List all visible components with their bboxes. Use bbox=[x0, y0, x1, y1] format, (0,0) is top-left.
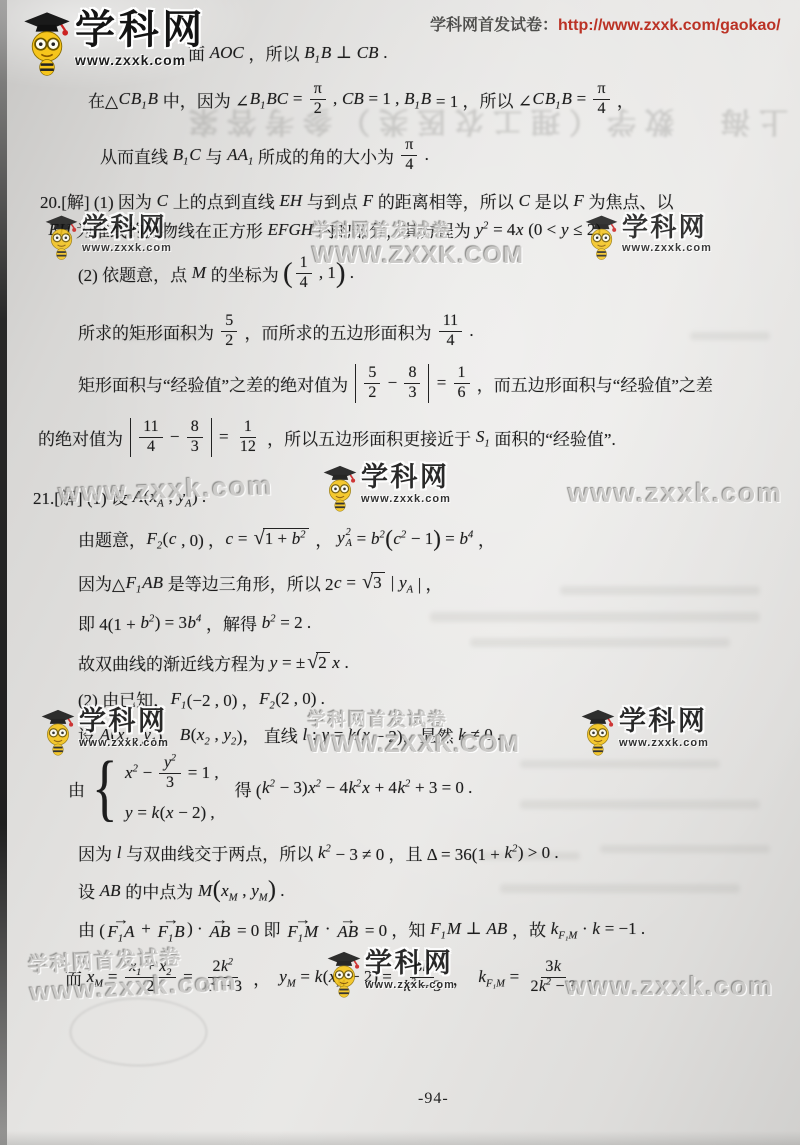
header-label: 学科网首发试卷： bbox=[430, 17, 558, 34]
zxxk-ghost-text-watermark: 学科网首发试卷WWW.ZXXK.COM bbox=[312, 221, 524, 269]
bleed-stripe bbox=[520, 800, 760, 809]
zxxk-ghost-text-watermark: www.zxxk.com bbox=[568, 478, 783, 509]
fraction: 14 bbox=[296, 254, 312, 293]
vector: →F1A bbox=[107, 916, 135, 941]
site-header: 学科网首发试卷：http://www.zxxk.com/gaokao/ bbox=[430, 12, 781, 35]
fraction: π2 bbox=[310, 80, 326, 119]
vector-arrow: → bbox=[283, 916, 323, 923]
solution-line-14: 故双曲线的渐近线方程为 y = ±√2x . bbox=[78, 650, 349, 675]
zxxk-brand-text: 学科网 bbox=[622, 214, 712, 240]
solution-line-8: 矩形面积与“经验值”之差的绝对值为 52 − 83 = 16 ，而五边形面积与“… bbox=[78, 364, 713, 403]
solution-line-20: 由 (→F1A + →F1B) · →AB = 0 即 →F1M · →AB =… bbox=[78, 916, 645, 941]
radical: √1 + b2 bbox=[254, 528, 309, 549]
scan-bottom-edge bbox=[0, 1131, 800, 1145]
zxxk-site-text: www.zxxk.com bbox=[361, 493, 451, 505]
fraction: 52 bbox=[364, 364, 380, 403]
vector-arrow: → bbox=[103, 916, 138, 923]
zxxk-brand-text: 学科网 bbox=[82, 214, 172, 240]
bee-mascot-icon bbox=[584, 214, 619, 260]
solution-line-1: 面 AOC ，所以 B1B ⊥ CB . bbox=[188, 40, 388, 65]
solution-line-3: 从而直线 B1C 与 AA1 所成的角的大小为 π4 . bbox=[100, 136, 429, 175]
scan-left-edge bbox=[0, 0, 7, 1145]
header-url: http://www.zxxk.com/gaokao/ bbox=[558, 17, 781, 34]
solution-line-18: 因为 l 与双曲线交于两点，所以 k2 − 3 ≠ 0 ，且 Δ = 36(1 … bbox=[78, 840, 559, 865]
zxxk-ghost-text-watermark: 学科网首发试卷www.zxxk.com bbox=[28, 944, 238, 1008]
bee-mascot-icon bbox=[40, 708, 76, 756]
zxxk-brand-text: 学科网 bbox=[619, 708, 709, 735]
solution-line-19: 设 AB 的中点为 M(xM , yM) . bbox=[78, 878, 284, 903]
zxxk-ghost-text-watermark: www.zxxk.com bbox=[58, 470, 274, 509]
zxxk-site-text: www.zxxk.com bbox=[82, 242, 172, 254]
solution-line-13: 即 4(1 + b2) = 3b4 ，解得 b2 = 2 . bbox=[78, 610, 311, 635]
bee-mascot-icon bbox=[44, 214, 79, 260]
vector: →AB bbox=[337, 916, 359, 941]
solution-line-2: 在△CB1B 中，因为 ∠B1BC = π2 , CB = 1 , B1B = … bbox=[88, 80, 634, 119]
solution-line-17: 由{x2 − y23 = 1 ,y = k(x − 2) ,得 (k2 − 3)… bbox=[68, 754, 472, 823]
absolute-value-group: 52 − 83 bbox=[355, 364, 429, 403]
bleed-stripe bbox=[500, 884, 740, 893]
big-paren: ( bbox=[213, 880, 221, 900]
page-number: -94- bbox=[418, 1090, 449, 1108]
fraction: 112 bbox=[236, 418, 260, 457]
system-brace: { bbox=[92, 757, 118, 820]
solution-line-7: 所求的矩形面积为 52 ，而所求的五边形面积为 114 . bbox=[78, 312, 474, 351]
bee-mascot-icon bbox=[322, 464, 358, 512]
zxxk-bee-logo-watermark: 学科网www.zxxk.com bbox=[326, 950, 455, 998]
zxxk-bee-logo-watermark: 学科网www.zxxk.com bbox=[40, 708, 169, 756]
bleed-stripe bbox=[560, 586, 760, 595]
bee-mascot-icon bbox=[326, 950, 362, 998]
fraction: 52 bbox=[221, 312, 237, 351]
solution-line-12: 因为△F1AB 是等边三角形，所以 2c = √3 | yA | ， bbox=[78, 570, 442, 595]
zxxk-brand-text: 学科网 bbox=[365, 950, 455, 977]
big-paren: ) bbox=[268, 880, 276, 900]
fraction: 114 bbox=[139, 418, 162, 457]
fraction: π4 bbox=[593, 80, 609, 119]
zxxk-ghost-text-watermark: www.zxxk.com bbox=[566, 972, 774, 1002]
scanned-exam-answer-page: 学科网首发试卷：http://www.zxxk.com/gaokao/ 上海 数… bbox=[0, 0, 800, 1145]
zxxk-site-text: www.zxxk.com bbox=[79, 737, 169, 749]
zxxk-site-text: www.zxxk.com bbox=[365, 979, 455, 991]
vector: →AB bbox=[209, 916, 231, 941]
solution-line-11: 由题意，F2(c , 0) ，c = √1 + b2 ， y2A = b2(c2… bbox=[78, 526, 495, 551]
vector: →F1B bbox=[157, 916, 185, 941]
zxxk-brand-text: 学科网 bbox=[79, 708, 169, 735]
fraction: 114 bbox=[439, 312, 462, 351]
fraction: 16 bbox=[454, 364, 470, 403]
bleed-stripe bbox=[690, 332, 770, 340]
vector-arrow: → bbox=[334, 916, 361, 923]
bleed-stripe bbox=[430, 612, 760, 622]
big-paren: ( bbox=[385, 529, 393, 549]
vector: →F1M bbox=[287, 916, 319, 941]
zxxk-bee-logo-watermark: 学科网www.zxxk.com bbox=[322, 464, 451, 512]
solution-line-4: 20.[解] (1) 因为 C 上的点到直线 EH 与到点 F 的距离相等，所以… bbox=[40, 188, 674, 213]
bee-mascot-icon bbox=[580, 708, 616, 756]
big-paren: ( bbox=[283, 261, 293, 286]
bleed-stripe bbox=[520, 760, 720, 768]
zxxk-ghost-text-watermark: 学科网首发试卷WWW.ZXXK.COM bbox=[308, 710, 520, 758]
solution-line-9: 的绝对值为 114 − 83 = 112 ，所以五边形面积更接近于 S1 面积的… bbox=[38, 418, 616, 457]
zxxk-site-text: www.zxxk.com bbox=[75, 52, 206, 68]
absolute-value-group: 114 − 83 bbox=[130, 418, 212, 457]
zxxk-site-text: www.zxxk.com bbox=[622, 242, 712, 254]
zxxk-bee-logo-watermark: 学科网www.zxxk.com bbox=[22, 10, 206, 76]
bleed-stripe bbox=[470, 638, 730, 647]
fraction: π4 bbox=[401, 136, 417, 175]
zxxk-brand-text: 学科网 bbox=[361, 464, 451, 491]
fraction: 83 bbox=[404, 364, 420, 403]
bleed-ellipse-diagram bbox=[70, 998, 207, 1066]
radical: √2 bbox=[307, 652, 330, 673]
zxxk-bee-logo-watermark: 学科网www.zxxk.com bbox=[580, 708, 709, 756]
zxxk-brand-text: 学科网 bbox=[75, 10, 206, 50]
fraction: y23 bbox=[159, 754, 180, 793]
vector-arrow: → bbox=[154, 916, 189, 923]
zxxk-bee-logo-watermark: 学科网www.zxxk.com bbox=[44, 214, 172, 260]
radical: √3 bbox=[362, 572, 385, 593]
zxxk-bee-logo-watermark: 学科网www.zxxk.com bbox=[584, 214, 712, 260]
zxxk-site-text: www.zxxk.com bbox=[619, 737, 709, 749]
bee-mascot-icon bbox=[22, 10, 72, 76]
fraction: 83 bbox=[187, 418, 203, 457]
bleed-stripe bbox=[600, 845, 770, 853]
vector-arrow: → bbox=[206, 916, 233, 923]
big-paren: ) bbox=[433, 529, 441, 549]
